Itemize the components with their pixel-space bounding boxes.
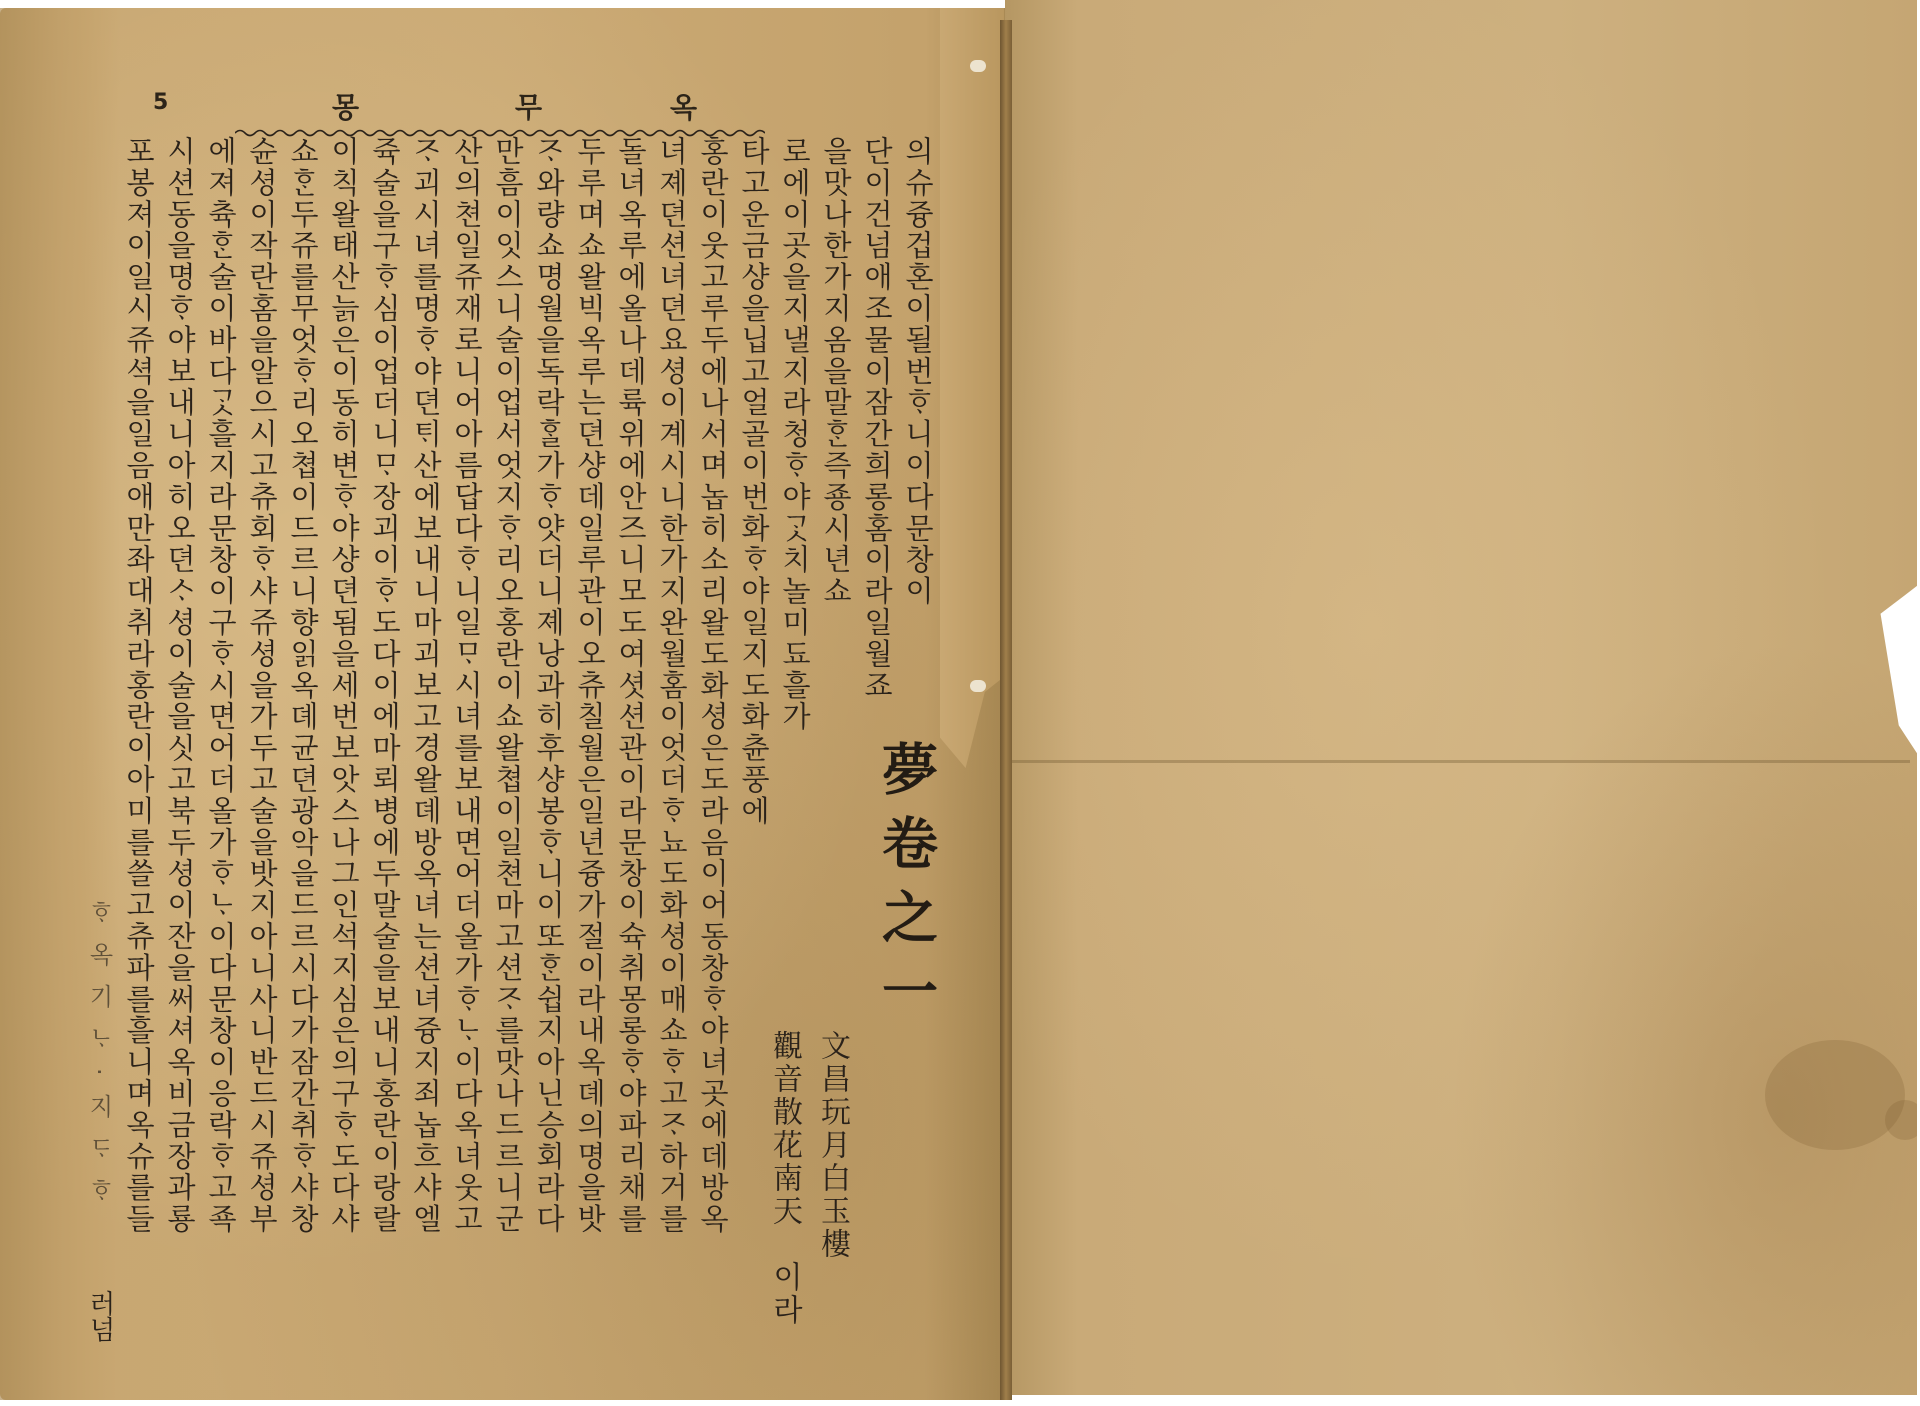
torn-page-flap <box>940 8 1004 768</box>
margin-text-bottom: 러넘 <box>82 1290 119 1342</box>
faded-margin-text: ᄒᆞ옥기ᄂᆞ·지ᄃᆞᄒᆞ <box>82 900 117 1220</box>
chapter-title: 夢卷之一 <box>866 740 946 1036</box>
page-number: 5 <box>153 90 168 115</box>
binding-stitch <box>970 60 986 72</box>
binding-stitch <box>970 680 986 692</box>
text-column: 의슈즁겁혼이될번ᄒᆞ니이다문창이 <box>897 136 938 1336</box>
text-column: 녀졔뎐션녀뎐요셩이계시니한가지완월홈이엇더ᄒᆞ뇨도화셩이매쇼ᄒᆞ고ᄌᆞ하거를 <box>651 136 692 1336</box>
text-column: 시션동을명ᄒᆞ야보내니아히오뎐ᄉᆞ셩이술을싯고북두셩이잔을써셔옥비금장과룡 <box>159 136 200 1336</box>
text-column: 에져츅ᄒᆞᆫ술이바다ᄀᆞᆺ흘지라문창이구ᄒᆞ시면어더올가ᄒᆞᄂᆞ이다문창이응락ᄒ… <box>200 136 241 1336</box>
running-head-char: 옥 <box>670 86 697 126</box>
text-column: ᄌᆞ와량쇼명월을독락ᄒᆞᆯ가ᄒᆞ얏더니졔낭과히후샹봉ᄒᆞ니이또ᄒᆞᆫ쉽지아닌승회… <box>528 136 569 1336</box>
text-column: 슌셩이작란홈을알으시고츄회ᄒᆞ샤쥬셩을가두고술을밧지아니사니반드시쥬셩부 <box>241 136 282 1336</box>
fold-crease <box>1010 760 1910 763</box>
running-head: 5 몽 무 옥 <box>150 86 750 126</box>
book-spread: 5 몽 무 옥 의슈즁겁혼이될번ᄒᆞ니이다문창이 단이건넘애조물이잠간희롱홈이라… <box>0 0 1920 1406</box>
author-line: 觀音散花南天𨷂이라 <box>762 1030 806 1327</box>
text-column: ᄌᆞ괴시녀를명ᄒᆞ야뎐ᄐᆡ산에보내니마괴보고경왈뎨방옥녀는션녀즁지죄놉흐샤엘 <box>405 136 446 1336</box>
text-column: 홍란이웃고루두에나서며놉히소리왈도화셩은도라음이어동창ᄒᆞ야녀곳에데방옥 <box>692 136 733 1336</box>
text-column: 단이건넘애조물이잠간희롱홈이라일월죠 <box>856 136 897 1336</box>
text-column: 포봉져이일시쥬셕을일음애만좌대취라홍란이아미를쓸고츄파를흘니며옥슈를들 <box>118 136 159 1336</box>
text-column: 이칙왈태산늙은이동히변ᄒᆞ야샹뎐됨을세번보앗스나그인석지심은의구ᄒᆞ도다샤 <box>323 136 364 1336</box>
book-gutter <box>1000 20 1012 1400</box>
author-line: 文昌玩月白玉樓 <box>810 1030 854 1261</box>
running-head-char: 몽 <box>332 86 359 126</box>
text-column: 돌녀옥루에올나데륙위에안즈니모도여셧션관이라문창이슉취몽롱ᄒᆞ야파리채를 <box>610 136 651 1336</box>
text-column: 쥭술을구ᄒᆞ심이업더니ᄆᆞ장괴이ᄒᆞ도다이에마뢰병에두말술을보내니홍란이랑랄 <box>364 136 405 1336</box>
stain <box>1765 1040 1905 1150</box>
text-column: 산의쳔일쥬재로니어아름답다ᄒᆞ니일ᄆᆞ시녀를보내면어더올가ᄒᆞᄂᆞ이다옥녀웃고 <box>446 136 487 1336</box>
running-head-char: 무 <box>515 86 542 126</box>
text-column: 만흠이잇스니술이업서엇지ᄒᆞ리오홍란이쇼왈쳡이일쳔마고션ᄌᆞ를맛나드르니군 <box>487 136 528 1336</box>
stain <box>1885 1100 1920 1140</box>
right-page-blank <box>1005 0 1917 1395</box>
text-column: 두루며쇼왈빅옥루는뎐샹데일루관이오츄칠월은일년즁가절이라내옥뎨의명을밧 <box>569 136 610 1336</box>
text-column: 쇼ᄒᆞᆫ두쥬를무엇ᄒᆞ리오쳡이드르니향읽옥뎨균뎐광악을드르시다가잠간취ᄒᆞ샤창 <box>282 136 323 1336</box>
